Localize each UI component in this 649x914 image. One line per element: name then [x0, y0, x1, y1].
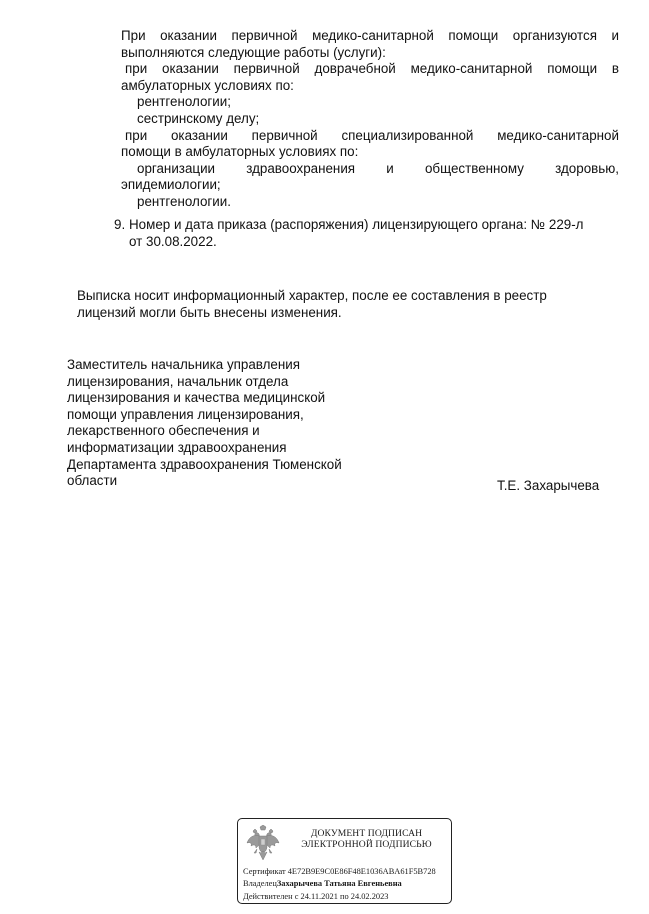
- group1-item: сестринскому делу;: [121, 111, 619, 128]
- valid-to-prefix: по: [340, 892, 349, 901]
- validity-label: Действителен: [243, 892, 293, 901]
- order-info-line-1: Номер и дата приказа (распоряжения) лице…: [129, 217, 584, 232]
- notice-line-1: Выписка носит информационный характер, п…: [77, 288, 597, 305]
- order-info-item: 9.Номер и дата приказа (распоряжения) ли…: [114, 217, 620, 250]
- coat-of-arms-icon: [246, 825, 280, 861]
- certificate-row: Сертификат 4E72B9E9C0E86F48E1036ABA61F5B…: [243, 866, 436, 878]
- signer-name: Т.Е. Захарычева: [497, 478, 599, 495]
- group2-item-line-1: организации здравоохранения и общественн…: [121, 161, 619, 178]
- signer-position: Заместитель начальника управления лиценз…: [67, 357, 387, 490]
- informational-notice: Выписка носит информационный характер, п…: [77, 288, 597, 321]
- signer-position-line: информатизации здравоохранения: [67, 440, 387, 457]
- signer-position-line: Департамента здравоохранения Тюменской: [67, 457, 387, 474]
- services-intro-line-1: При оказании первичной медико-санитарной…: [121, 28, 619, 45]
- group2-item-line-3: рентгенологии.: [121, 194, 619, 211]
- order-info-line-2: от 30.08.2022.: [114, 234, 620, 251]
- group2-heading-line-1: при оказании первичной специализированно…: [121, 128, 619, 145]
- certificate-value: 4E72B9E9C0E86F48E1036ABA61F5B728: [288, 867, 436, 876]
- services-intro-line-2: выполняются следующие работы (услуги):: [121, 45, 619, 62]
- group1-item: рентгенологии;: [121, 94, 619, 111]
- owner-row: ВладелецЗахарычева Татьяна Евгеньевна: [243, 878, 436, 890]
- owner-label: Владелец: [243, 879, 277, 888]
- signer-position-line: помощи управления лицензирования,: [67, 407, 387, 424]
- owner-value: Захарычева Татьяна Евгеньевна: [277, 879, 402, 888]
- stamp-title: ДОКУМЕНТ ПОДПИСАН ЭЛЕКТРОННОЙ ПОДПИСЬЮ: [286, 828, 447, 850]
- stamp-title-line-2: ЭЛЕКТРОННОЙ ПОДПИСЬЮ: [286, 839, 447, 850]
- stamp-info: Сертификат 4E72B9E9C0E86F48E1036ABA61F5B…: [243, 866, 436, 903]
- certificate-label: Сертификат: [243, 867, 286, 876]
- group2-heading-line-2: помощи в амбулаторных условиях по:: [121, 144, 619, 161]
- signer-position-line: области: [67, 473, 387, 490]
- valid-from-prefix: с: [295, 892, 299, 901]
- signer-position-line: лицензирования и качества медицинской: [67, 390, 387, 407]
- signer-position-line: лекарственного обеспечения и: [67, 423, 387, 440]
- group1-heading-line-1: при оказании первичной доврачебной медик…: [121, 61, 619, 78]
- validity-row: Действителен с 24.11.2021 по 24.02.2023: [243, 891, 436, 903]
- signer-position-line: Заместитель начальника управления: [67, 357, 387, 374]
- stamp-title-line-1: ДОКУМЕНТ ПОДПИСАН: [286, 828, 447, 839]
- group2-item-line-2: эпидемиологии;: [121, 177, 619, 194]
- item-number: 9.: [114, 217, 129, 234]
- group1-heading-line-2: амбулаторных условиях по:: [121, 78, 619, 95]
- valid-to: 24.02.2023: [351, 892, 389, 901]
- valid-from: 24.11.2021: [301, 892, 338, 901]
- notice-line-2: лицензий могли быть внесены изменения.: [77, 305, 597, 322]
- services-section: При оказании первичной медико-санитарной…: [121, 28, 619, 211]
- signer-position-line: лицензирования, начальник отдела: [67, 374, 387, 391]
- electronic-signature-stamp: ДОКУМЕНТ ПОДПИСАН ЭЛЕКТРОННОЙ ПОДПИСЬЮ С…: [237, 818, 452, 904]
